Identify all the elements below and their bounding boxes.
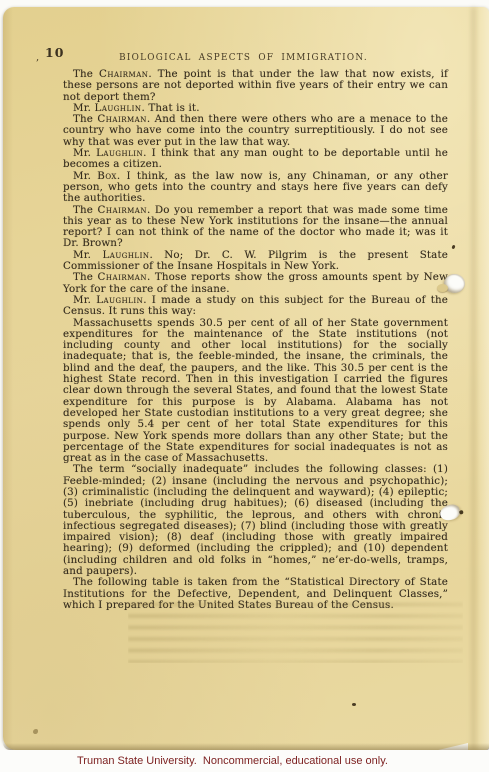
paragraph: Mr. Box. I think, as the law now is, any… <box>63 171 448 205</box>
speaker-name: Chairman <box>98 271 147 283</box>
paragraph: The term “socially inadequate” includes … <box>63 464 448 577</box>
running-title: BIOLOGICAL ASPECTS OF IMMIGRATION. <box>119 53 368 63</box>
speaker-name: Chairman <box>98 204 147 216</box>
speaker-name: Laughlin <box>102 249 149 261</box>
archive-footer: Truman State University. Noncommercial, … <box>0 750 489 772</box>
book-page: , 10 BIOLOGICAL ASPECTS OF IMMIGRATION. … <box>3 7 489 750</box>
paragraph-text: Massachusetts spends 30.5 per cent of al… <box>63 317 448 465</box>
verso-bleed-through <box>128 599 463 663</box>
speaker-lead: Mr. <box>73 147 96 159</box>
speaker-name: Box <box>97 170 117 182</box>
speaker-name: Laughlin <box>96 147 143 159</box>
paragraph: Mr. Laughlin. No; Dr. C. W. Pilgrim is t… <box>63 250 448 273</box>
scanned-document: , 10 BIOLOGICAL ASPECTS OF IMMIGRATION. … <box>0 0 489 772</box>
page-header: , 10 BIOLOGICAL ASPECTS OF IMMIGRATION. <box>63 45 448 59</box>
speaker-name: Chairman <box>97 113 146 125</box>
hole-punch-top <box>444 274 465 293</box>
paragraph: The Chairman. The point is that under th… <box>63 69 448 103</box>
paragraph-text: . I think, as the law now is, any Chinam… <box>63 170 448 205</box>
paper-speck <box>352 703 356 706</box>
speaker-lead: The <box>73 204 98 216</box>
speaker-lead: Mr. <box>73 170 97 182</box>
ink-speck: , <box>36 52 39 63</box>
speaker-name: Laughlin <box>96 294 143 306</box>
archive-caption: Truman State University. Noncommercial, … <box>77 755 388 767</box>
text-body: The Chairman. The point is that under th… <box>63 69 448 611</box>
paragraph: Massachusetts spends 30.5 per cent of al… <box>63 318 448 465</box>
speaker-lead: Mr. <box>73 249 102 261</box>
paragraph: Mr. Laughlin. I think that any man ought… <box>63 148 448 171</box>
page-content: , 10 BIOLOGICAL ASPECTS OF IMMIGRATION. … <box>63 45 448 611</box>
speaker-lead: The <box>73 113 97 125</box>
paper-speck <box>33 729 38 734</box>
page-edge-highlight <box>477 7 489 750</box>
paragraph-text: . That is it. <box>142 102 200 114</box>
paper-speck <box>451 245 455 250</box>
speaker-lead: The <box>73 271 98 283</box>
paragraph: The Chairman. Do you remember a report t… <box>63 205 448 250</box>
speaker-name: Laughlin <box>94 102 141 114</box>
speaker-lead: The <box>73 68 99 80</box>
paragraph: The Chairman. Those reports show the gro… <box>63 272 448 295</box>
speaker-name: Chairman <box>99 68 148 80</box>
speaker-lead: Mr. <box>73 102 94 114</box>
page-number: 10 <box>45 45 64 60</box>
paragraph: The Chairman. And then there were others… <box>63 114 448 148</box>
paragraph: Mr. Laughlin. I made a study on this sub… <box>63 295 448 318</box>
paragraph-text: The term “socially inadequate” includes … <box>63 463 448 577</box>
speaker-lead: Mr. <box>73 294 96 306</box>
